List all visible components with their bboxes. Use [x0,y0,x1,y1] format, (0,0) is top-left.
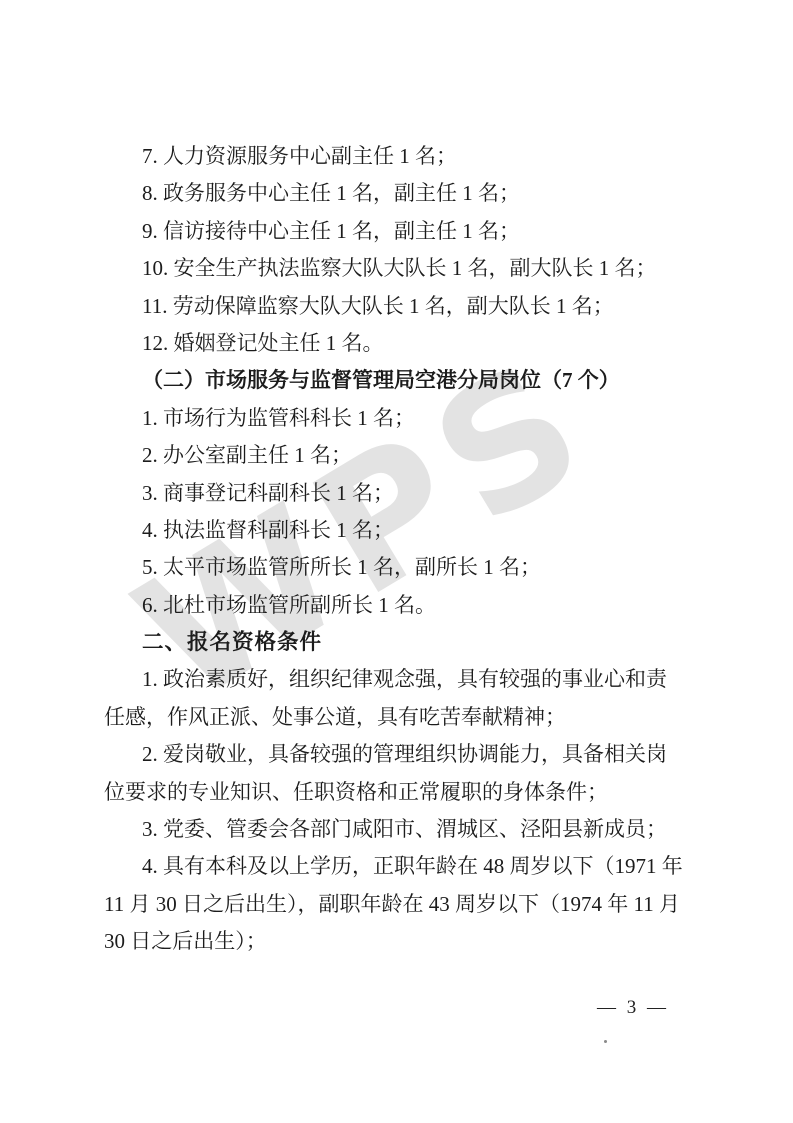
text-line: 7. 人力资源服务中心副主任 1 名； [104,138,704,175]
text-line: 11. 劳动保障监察大队大队长 1 名，副大队长 1 名； [104,288,704,325]
text-line: 12. 婚姻登记处主任 1 名。 [104,325,704,362]
text-line: 10. 安全生产执法监察大队大队长 1 名，副大队长 1 名； [104,250,704,287]
text-line: 2. 办公室副主任 1 名； [104,437,704,474]
text-line: 6. 北杜市场监管所副所长 1 名。 [104,587,704,624]
text-line: （二）市场服务与监督管理局空港分局岗位（7 个） [104,362,704,399]
text-line: 5. 太平市场监管所所长 1 名，副所长 1 名； [104,549,704,586]
text-line: 3. 党委、管委会各部门咸阳市、渭城区、泾阳县新成员； [104,811,704,848]
text-line: 4. 执法监督科副科长 1 名； [104,512,704,549]
text-line: 11 月 30 日之后出生），副职年龄在 43 周岁以下（1974 年 11 月 [104,886,704,923]
text-line: 8. 政务服务中心主任 1 名，副主任 1 名； [104,175,704,212]
document-page: WPS 7. 人力资源服务中心副主任 1 名；8. 政务服务中心主任 1 名，副… [0,0,793,1123]
text-line: 位要求的专业知识、任职资格和正常履职的身体条件； [104,774,704,811]
page-number: — 3 — [597,997,669,1019]
text-line: 1. 市场行为监管科科长 1 名； [104,400,704,437]
text-line: 4. 具有本科及以上学历，正职年龄在 48 周岁以下（1971 年 [104,848,704,885]
scan-speck-artifact [604,1040,607,1043]
text-line: 2. 爱岗敬业，具备较强的管理组织协调能力，具备相关岗 [104,736,704,773]
text-line: 二、报名资格条件 [104,624,704,661]
document-body: 7. 人力资源服务中心副主任 1 名；8. 政务服务中心主任 1 名，副主任 1… [104,138,704,961]
text-line: 任感，作风正派、处事公道，具有吃苦奉献精神； [104,699,704,736]
text-line: 30 日之后出生）； [104,923,704,960]
text-line: 9. 信访接待中心主任 1 名，副主任 1 名； [104,213,704,250]
text-line: 3. 商事登记科副科长 1 名； [104,475,704,512]
text-line: 1. 政治素质好，组织纪律观念强，具有较强的事业心和责 [104,661,704,698]
